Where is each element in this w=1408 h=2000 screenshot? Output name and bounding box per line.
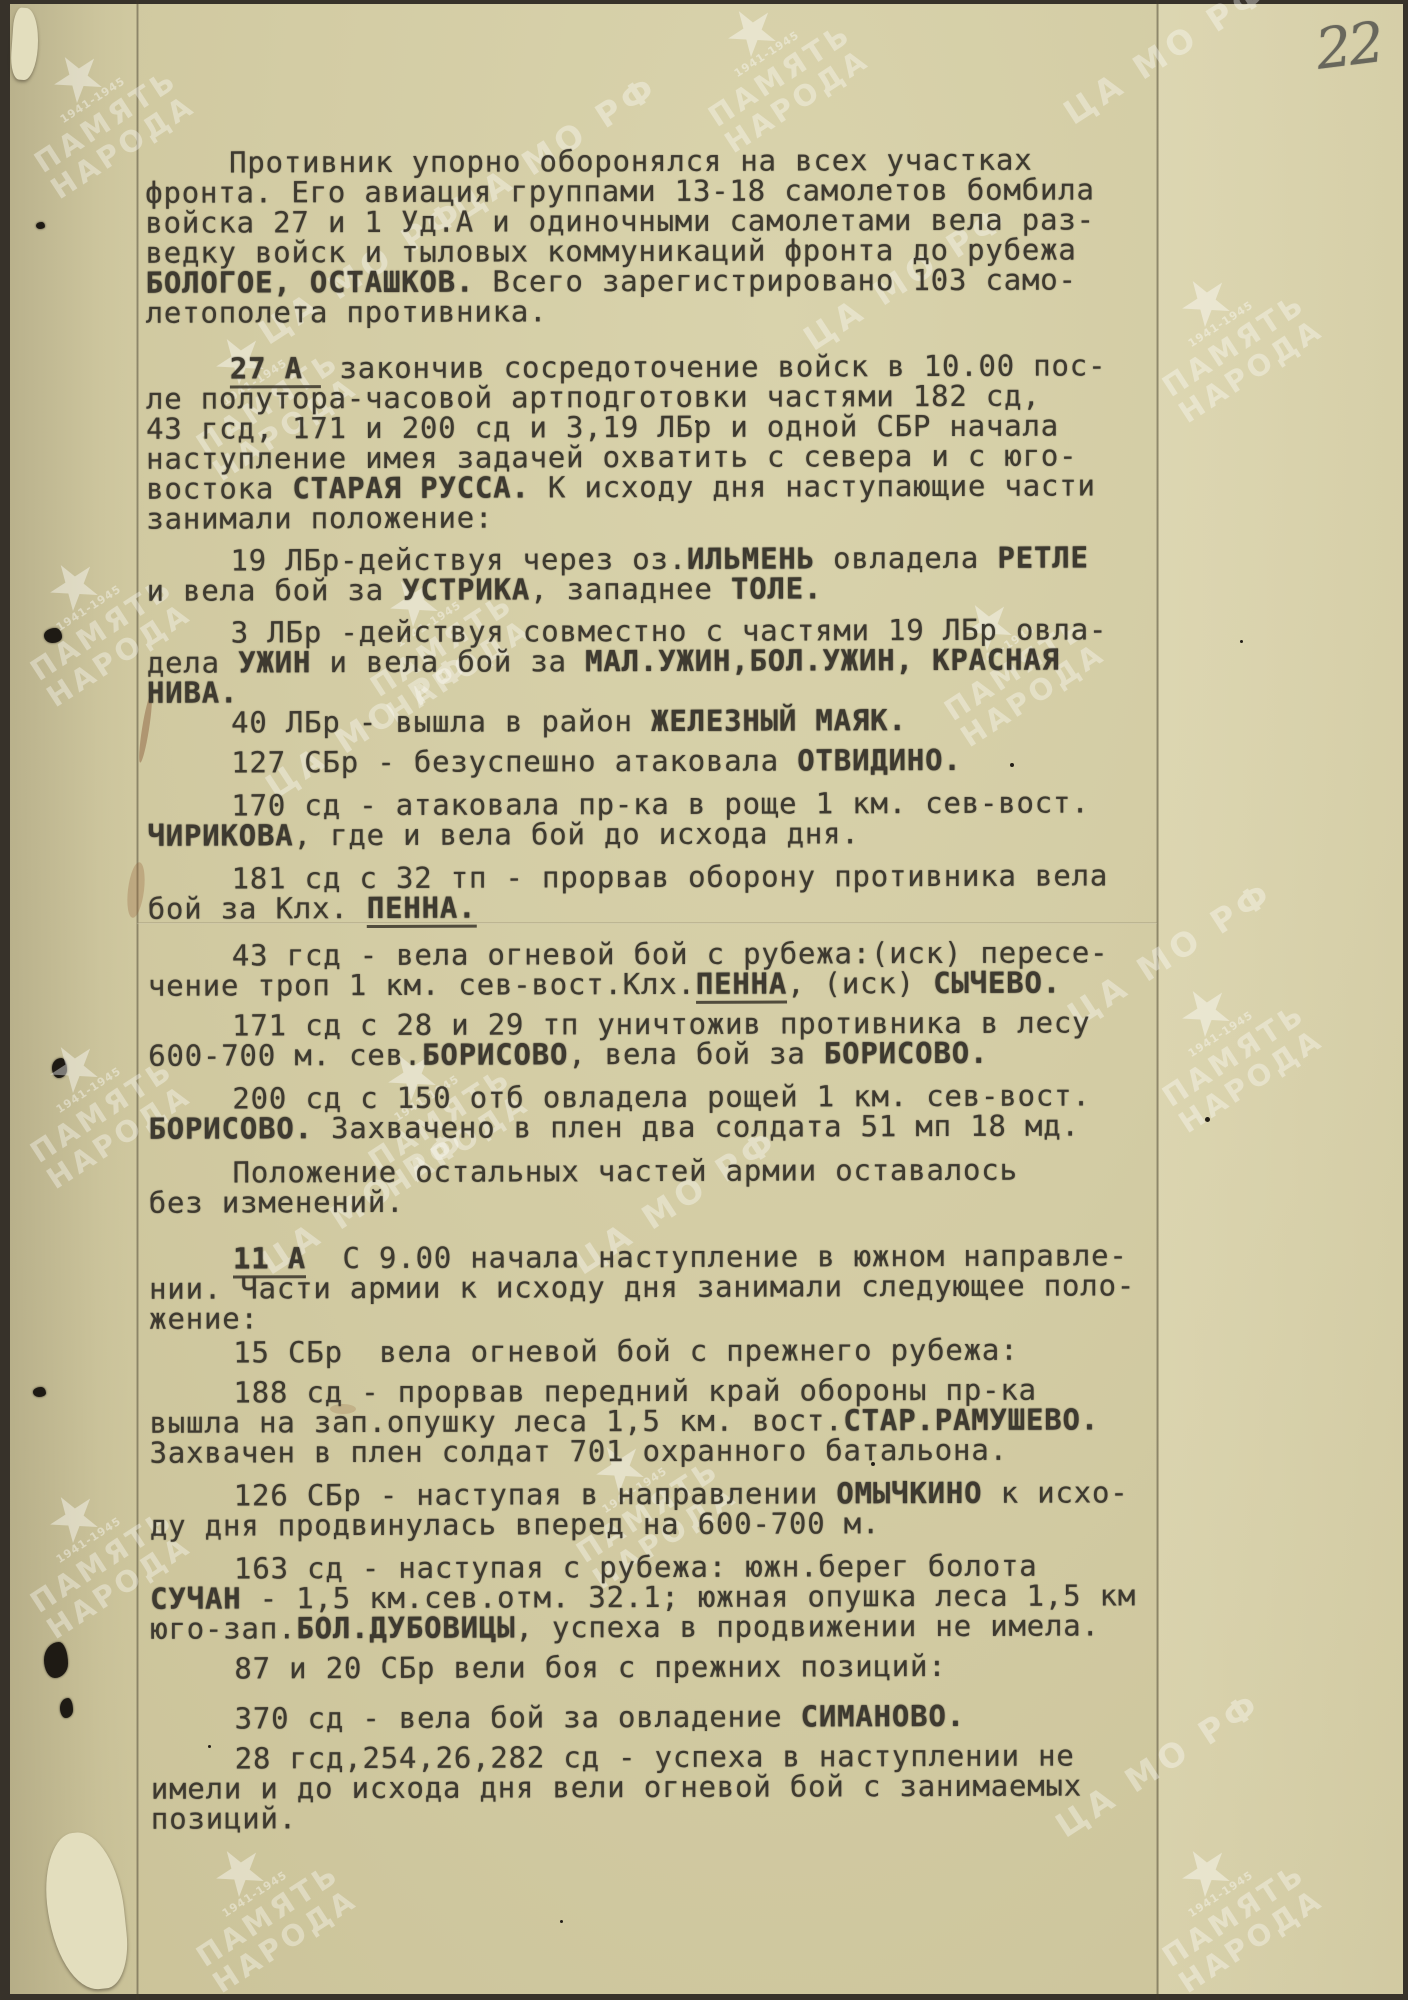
paragraph: 170 сд - атаковала пр-ка в роще 1 км. се… <box>147 787 1159 851</box>
document-line: имели и до исхода дня вели огневой бой с… <box>151 1770 1163 1804</box>
page-number: 22 <box>1312 10 1385 82</box>
paragraph: 127 СБр - безуспешно атаковала ОТВИДИНО. <box>147 744 1159 778</box>
document-line: бой за Клх. ПЕННА. <box>148 890 1160 924</box>
paragraph: 126 СБр - наступая в направлении ОМЫЧКИН… <box>150 1477 1162 1541</box>
paragraph: 11 А С 9.00 начала наступление в южном н… <box>149 1240 1161 1334</box>
paragraph: 40 ЛБр - вышла в район ЖЕЛЕЗНЫЙ МАЯК. <box>147 704 1159 738</box>
document-line: занимали положение: <box>146 500 1158 534</box>
paragraph: 3 ЛБр -действуя совместно с частями 19 Л… <box>147 614 1159 708</box>
paragraph: Противник упорно оборонялся на всех учас… <box>145 144 1158 328</box>
text-block: Противник упорно оборонялся на всех учас… <box>145 144 1163 1834</box>
document-line: 600-700 м. сев.БОРИСОВО, вела бой за БОР… <box>148 1037 1160 1071</box>
paragraph: 171 сд с 28 и 29 тп уничтожив противника… <box>148 1007 1160 1071</box>
paper-hole <box>60 1698 73 1718</box>
document-line: позиций. <box>151 1800 1163 1834</box>
document-line: 181 сд с 32 тп - прорвав оборону противн… <box>148 860 1160 894</box>
ink-speck <box>560 1920 563 1923</box>
ink-speck <box>1205 1117 1210 1122</box>
paper-right-strip <box>1159 4 1403 1994</box>
document-line: юго-зап.БОЛ.ДУБОВИЦЫ, успеха в продвижен… <box>150 1610 1162 1644</box>
document-line: НИВА. <box>147 674 1159 708</box>
paragraph: 188 сд - прорвав передний край обороны п… <box>149 1374 1161 1468</box>
paragraph: 43 гсд - вела огневой бой с рубежа:(иск)… <box>148 937 1160 1001</box>
document-line: без изменений. <box>149 1184 1161 1218</box>
paper-hole <box>36 222 45 229</box>
paragraph: 163 сд - наступая с рубежа: южн.берег бо… <box>150 1550 1162 1644</box>
document-line: востока СТАРАЯ РУССА. К исходу дня насту… <box>146 470 1158 504</box>
fold-line-left <box>136 0 139 2000</box>
paragraph: Положение остальных частей армии оставал… <box>149 1154 1161 1218</box>
paper-hole <box>44 628 62 643</box>
document-line: чение троп 1 км. сев-вост.Клх.ПЕННА, (ис… <box>148 967 1160 1001</box>
paragraph: 27 А закончив сосредоточение войск в 10.… <box>146 350 1159 534</box>
document-line: 15 СБр вела огневой бой с прежнего рубеж… <box>149 1334 1161 1368</box>
paragraph: 181 сд с 32 тп - прорвав оборону противн… <box>148 860 1160 924</box>
document-line: Положение остальных частей армии оставал… <box>149 1154 1161 1188</box>
scanned-document-page: { "page": { "page_number": "22" }, "wate… <box>0 0 1408 2000</box>
paragraph: 28 гсд,254,26,282 сд - успеха в наступле… <box>151 1740 1163 1834</box>
document-line: 87 и 20 СБр вели боя с прежних позиций: <box>150 1650 1162 1684</box>
document-line: 370 сд - вела бой за овладение СИМАНОВО. <box>150 1700 1162 1734</box>
ink-speck <box>1240 640 1243 643</box>
document-line: и вела бой за УСТРИКА, западнее ТОЛЕ. <box>147 572 1159 606</box>
document-line: БОЛОГОЕ, ОСТАШКОВ. Всего зарегистрирован… <box>145 264 1157 298</box>
document-line: вышла на зап.опушку леса 1,5 км. вост.СТ… <box>149 1404 1161 1438</box>
paper-left-margin <box>10 4 138 1994</box>
paper-hole <box>52 1058 67 1078</box>
document-line: 171 сд с 28 и 29 тп уничтожив противника… <box>148 1007 1160 1041</box>
document-line: жение: <box>149 1300 1161 1334</box>
paper-hole <box>44 1642 68 1678</box>
paragraph: 15 СБр вела огневой бой с прежнего рубеж… <box>149 1334 1161 1368</box>
document-line: 127 СБр - безуспешно атаковала ОТВИДИНО. <box>147 744 1159 778</box>
document-line: ду дня продвинулась вперед на 600-700 м. <box>150 1507 1162 1541</box>
document-line: БОРИСОВО. Захвачено в плен два солдата 5… <box>148 1110 1160 1144</box>
document-line: Захвачен в плен солдат 701 охранного бат… <box>150 1434 1162 1468</box>
document-line: дела УЖИН и вела бой за МАЛ.УЖИН,БОЛ.УЖИ… <box>147 644 1159 678</box>
paragraph: 87 и 20 СБр вели боя с прежних позиций: <box>150 1650 1162 1684</box>
paragraph: 19 ЛБр-действуя через оз.ИЛЬМЕНЬ овладел… <box>146 542 1158 606</box>
document-line: 126 СБр - наступая в направлении ОМЫЧКИН… <box>150 1477 1162 1511</box>
paragraph: 200 сд с 150 отб овладела рощей 1 км. се… <box>148 1080 1160 1144</box>
paper-hole <box>33 1387 46 1397</box>
paragraph: 370 сд - вела бой за овладение СИМАНОВО. <box>150 1700 1162 1734</box>
document-line: 170 сд - атаковала пр-ка в роще 1 км. се… <box>147 787 1159 821</box>
document-line: нии. Части армии к исходу дня занимали с… <box>149 1270 1161 1304</box>
document-line: 40 ЛБр - вышла в район ЖЕЛЕЗНЫЙ МАЯК. <box>147 704 1159 738</box>
document-line: летополета противника. <box>146 294 1158 328</box>
document-line: ЧИРИКОВА, где и вела бой до исхода дня. <box>147 817 1159 851</box>
document-line: 19 ЛБр-действуя через оз.ИЛЬМЕНЬ овладел… <box>146 542 1158 576</box>
